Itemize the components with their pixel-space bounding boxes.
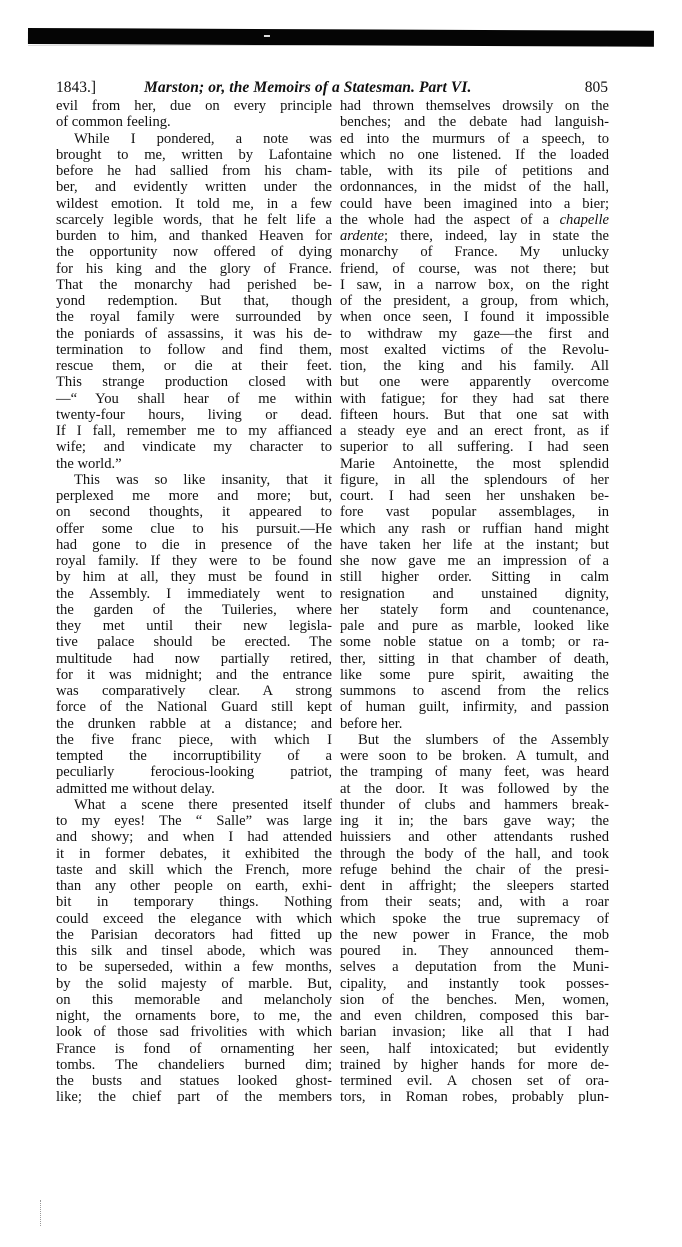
text-line: Marie Antoinette, the most splendid [340, 456, 609, 472]
running-title: Marston; or, the Memoirs of a Statesman.… [144, 79, 471, 97]
text-line: night, the ornaments bore, to me, the [56, 1008, 332, 1024]
text-line: court. I had seen her unshaken be- [340, 488, 609, 504]
text-line: the royal family were surrounded by [56, 309, 332, 325]
text-line: tion, the king and his family. All [340, 358, 609, 374]
text-line: monarchy of France. My unlucky [340, 244, 609, 260]
text-line: the garden of the Tuileries, where [56, 602, 332, 618]
text-line: huissiers and other attendants rushed [340, 829, 609, 845]
text-line: the Parisian decorators had fitted up [56, 927, 332, 943]
text-line: table, with its pile of petitions and [340, 163, 609, 179]
text-line: ing it in; the bars gave way; the [340, 813, 609, 829]
text-line: termination to follow and find them, [56, 342, 332, 358]
text-line: fore vast popular assemblages, in [340, 504, 609, 520]
text-line: ed into the murmurs of a speech, to [340, 131, 609, 147]
text-line: tive palace should be erected. The [56, 634, 332, 650]
text-line: burden to him, and thanked Heaven for [56, 228, 332, 244]
text-line: but one were apparently overcome [340, 374, 609, 390]
text-line: What a scene there presented itself [56, 797, 332, 813]
text-line: royal family. If they were to be found [56, 553, 332, 569]
text-line: resignation and unstained dignity, [340, 586, 609, 602]
text-line: to be superseded, within a few months, [56, 959, 332, 975]
text-line: This was so like insanity, that it [56, 472, 332, 488]
text-line: from their seats; and, with a roar [340, 894, 609, 910]
text-line: If I fall, remember me to my affianced [56, 423, 332, 439]
text-line: That the monarchy had perished be- [56, 277, 332, 293]
scan-margin-mark [40, 1200, 42, 1226]
text-line: at the door. It was followed by the [340, 781, 609, 797]
page-number: 805 [585, 79, 608, 97]
text-line: of human guilt, infirmity, and passion [340, 699, 609, 715]
text-line: fifteen hours. But that one sat with [340, 407, 609, 423]
text-line: twenty-four hours, living or dead. [56, 407, 332, 423]
text-line: pale and pure as marble, looked like [340, 618, 609, 634]
text-line: the new power in France, the mob [340, 927, 609, 943]
text-line: could exceed the elegance with which [56, 911, 332, 927]
scan-edge [28, 45, 328, 46]
text-line: benches; and the debate had languish- [340, 114, 609, 130]
text-line: a steady eye and an erect front, as if [340, 423, 609, 439]
text-line: While I pondered, a note was [56, 131, 332, 147]
text-line: were soon to be broken. A tumult, and [340, 748, 609, 764]
text-line: ber, and evidently written under the [56, 179, 332, 195]
text-line: some noble statue on a tomb; or ra- [340, 634, 609, 650]
text-line: evil from her, due on every principle [56, 98, 332, 114]
text-line: yond redemption. But that, though [56, 293, 332, 309]
text-line: the drunken rabble at a distance; and [56, 716, 332, 732]
left-column: evil from her, due on every principleof … [56, 98, 332, 1106]
text-line: seen, half intoxicated; but evidently [340, 1041, 609, 1057]
text-line: for his king and the glory of France. [56, 261, 332, 277]
text-line: have taken her life at the instant; but [340, 537, 609, 553]
text-line: dent in affright; the sleepers started [340, 878, 609, 894]
text-line: when once seen, I found it impossible [340, 309, 609, 325]
text-line: it in former debates, it exhibited the [56, 846, 332, 862]
text-line: still higher order. Sitting in calm [340, 569, 609, 585]
text-line: her stately form and countenance, [340, 602, 609, 618]
text-line: like; the chief part of the members [56, 1089, 332, 1105]
text-line: France is fond of ornamenting her [56, 1041, 332, 1057]
text-line: look of those sad frivolities with which [56, 1024, 332, 1040]
text-line: superior to all suffering. I had seen [340, 439, 609, 455]
text-line: refuge behind the chair of the presi- [340, 862, 609, 878]
text-line: ther, sitting in that chamber of death, [340, 651, 609, 667]
text-line: wildest emotion. It told me, in a few [56, 196, 332, 212]
header-year: 1843.] [56, 79, 96, 97]
text-line: bit in temporary things. Nothing [56, 894, 332, 910]
italic-phrase: ardente [340, 228, 384, 244]
text-line: had gone to die in presence of the [56, 537, 332, 553]
text-line: friend, of course, was not there; but [340, 261, 609, 277]
text-line: trained by higher hands for more de- [340, 1057, 609, 1073]
italic-phrase: chapelle [560, 212, 609, 228]
text-line: this silk and tinsel abode, which was [56, 943, 332, 959]
text-line: the busts and statues looked ghost- [56, 1073, 332, 1089]
text-line: of common feeling. [56, 114, 332, 130]
text-line: than any other people on earth, exhi- [56, 878, 332, 894]
scan-top-bar [28, 28, 654, 47]
text-line: the tramping of many feet, was heard [340, 764, 609, 780]
right-column: had thrown themselves drowsily on theben… [340, 98, 609, 1106]
text-line: taste and skill which the French, more [56, 862, 332, 878]
text-line: ardente; there, indeed, lay in state the [340, 228, 609, 244]
text-line: rescue them, or die at their feet. [56, 358, 332, 374]
text-line: wife; and vindicate my character to [56, 439, 332, 455]
text-line: before he had sallied from his cham- [56, 163, 332, 179]
text-line: by the solid majesty of marble. But, [56, 976, 332, 992]
text-line: like some pure spirit, awaiting the [340, 667, 609, 683]
text-line: cipality, and instantly took posses- [340, 976, 609, 992]
text-line: admitted me without delay. [56, 781, 332, 797]
text-line: the Assembly. I immediately went to [56, 586, 332, 602]
text-line: selves a deputation from the Muni- [340, 959, 609, 975]
text-line: the five franc piece, with which I [56, 732, 332, 748]
text-line: termined evil. A chosen set of ora- [340, 1073, 609, 1089]
text-line: the world.” [56, 456, 332, 472]
text-line: This strange production closed with [56, 374, 332, 390]
text-line: ordonnances, in the midst of the hall, [340, 179, 609, 195]
text-line: poured in. They announced them- [340, 943, 609, 959]
text-line: thunder of clubs and hammers break- [340, 797, 609, 813]
text-line: they met until their new legisla- [56, 618, 332, 634]
text-line: But the slumbers of the Assembly [340, 732, 609, 748]
text-line: perplexed me more and more; but, [56, 488, 332, 504]
text-line: tors, in Roman robes, probably plun- [340, 1089, 609, 1105]
text-line: to my eyes! The “ Salle” was large [56, 813, 332, 829]
text-line: could have been imagined into a bier; [340, 196, 609, 212]
text-line: barian invasion; like all that I had [340, 1024, 609, 1040]
text-line: for it was midnight; and the entrance [56, 667, 332, 683]
text-line: with fatigue; for they had sat there [340, 391, 609, 407]
text-line: sion of the benches. Men, women, [340, 992, 609, 1008]
text-line: tombs. The chandeliers burned dim; [56, 1057, 332, 1073]
text-line: which no one listened. If the loaded [340, 147, 609, 163]
text-line: offer some clue to his pursuit.—He [56, 521, 332, 537]
text-line: summons to ascend from the relics [340, 683, 609, 699]
text-line: the opportunity now offered of dying [56, 244, 332, 260]
text-line: she now gave me an impression of a [340, 553, 609, 569]
text-line: of the president, a group, from which, [340, 293, 609, 309]
text-line: scarcely legible words, that he felt lif… [56, 212, 332, 228]
text-line: peculiarly ferocious-looking patriot, [56, 764, 332, 780]
text-line: the poniards of assassins, it was his de… [56, 326, 332, 342]
text-line: by him at all, they must be found in [56, 569, 332, 585]
text-line: multitude had now partially retired, [56, 651, 332, 667]
text-line: to withdraw my gaze—the first and [340, 326, 609, 342]
text-line: was comparatively clear. A strong [56, 683, 332, 699]
text-line: I saw, in a narrow box, on the right [340, 277, 609, 293]
text-line: through the body of the hall, and took [340, 846, 609, 862]
text-line: force of the National Guard still kept [56, 699, 332, 715]
text-line: before her. [340, 716, 609, 732]
text-line: most exalted victims of the Revolu- [340, 342, 609, 358]
text-line: had thrown themselves drowsily on the [340, 98, 609, 114]
text-line: which any rash or ruffian hand might [340, 521, 609, 537]
text-line: the whole had the aspect of a chapelle [340, 212, 609, 228]
text-line: figure, in all the splendours of her [340, 472, 609, 488]
text-line: on second thoughts, it appeared to [56, 504, 332, 520]
text-line: on this memorable and melancholy [56, 992, 332, 1008]
text-line: tempted the incorruptibility of a [56, 748, 332, 764]
text-line: and even children, composed this bar- [340, 1008, 609, 1024]
text-line: which spoke the true supremacy of [340, 911, 609, 927]
text-line: —“ You shall hear of me within [56, 391, 332, 407]
text-line: brought to me, written by Lafontaine [56, 147, 332, 163]
scan-artifact [264, 35, 270, 37]
running-header: 1843.] Marston; or, the Memoirs of a Sta… [56, 79, 608, 97]
text-line: and showy; and when I had attended [56, 829, 332, 845]
